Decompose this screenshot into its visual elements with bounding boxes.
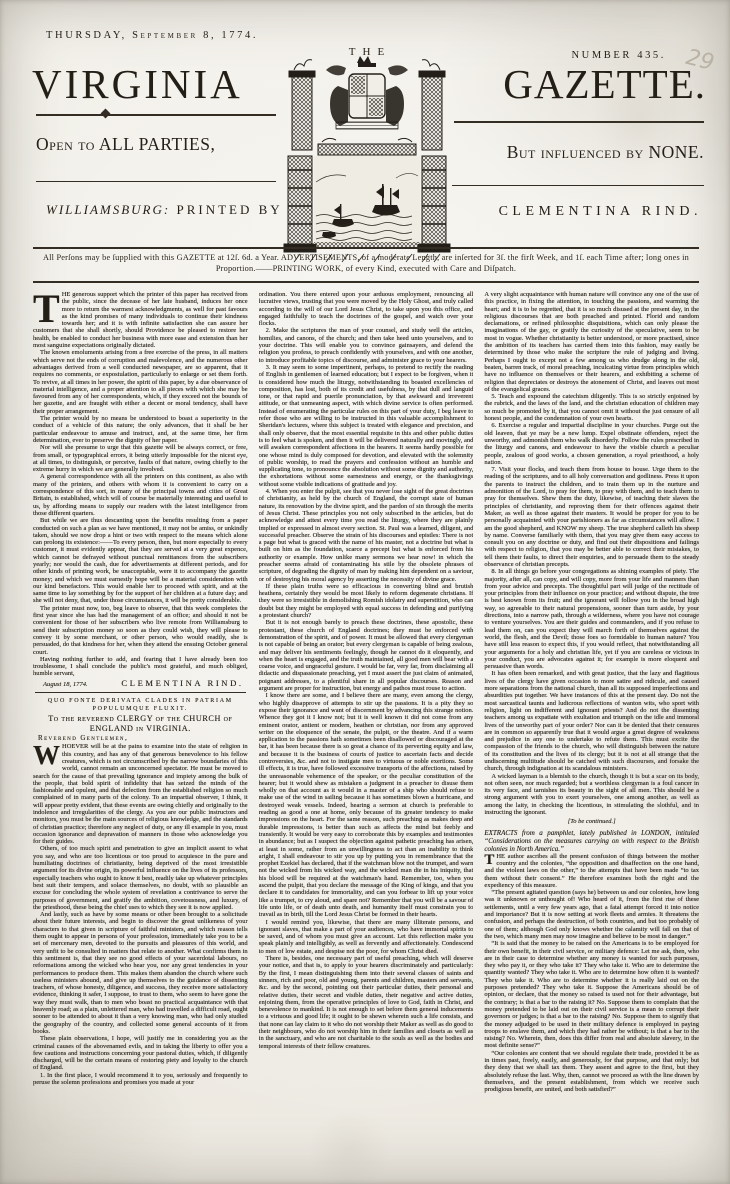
- signature-name: CLEMENTINA RIND.: [121, 680, 243, 687]
- paragraph: ordination. You there entered upon your …: [259, 291, 474, 327]
- paragraph: 5. Teach and expound the catechism dilig…: [484, 393, 699, 422]
- paragraph: 4. When you enter the pulpit, see that y…: [259, 488, 474, 583]
- imprint-printed-by: PRINTED BY: [170, 202, 282, 217]
- drop-cap: T: [484, 853, 496, 867]
- letter-heading: To the reverend CLERGY of the CHURCH of …: [33, 714, 248, 734]
- rule-under-virginia: [36, 114, 276, 116]
- newspaper-page: THURSDAY, September 8, 1774. THE NUMBER …: [0, 0, 730, 1184]
- paragraph: “It is said that the money to be raised …: [484, 940, 699, 1049]
- paragraph: These plain observations, I hope, will j…: [33, 1035, 248, 1071]
- section-rule: [35, 692, 246, 693]
- text-column-2: ordination. You there entered upon your …: [259, 291, 474, 1165]
- drop-cap: W: [33, 743, 62, 766]
- text-column-3: A very slight acquaintance with human na…: [484, 291, 699, 1165]
- paragraph: 1. In the first place, I would recommend…: [33, 1072, 248, 1087]
- paragraph: A general correspondence with all the pr…: [33, 473, 248, 517]
- paragraph: A very slight acquaintance with human na…: [484, 291, 699, 393]
- paragraph: If these plain truths were so efficaciou…: [259, 583, 474, 619]
- masthead-title-virginia: VIRGINIA: [32, 60, 282, 108]
- paragraph: The known emoluments arising from a free…: [33, 349, 248, 415]
- paragraph: But it is not enough barely to preach th…: [259, 619, 474, 692]
- paragraph: Nor will she presume to urge that this g…: [33, 444, 248, 473]
- paragraph: I would remind you, likewise, that there…: [259, 919, 474, 955]
- paragraph: The printer would by no means be underst…: [33, 415, 248, 444]
- rule-right-under-motto: [452, 185, 704, 186]
- extracts-opening: THE author ascribes all the present conf…: [484, 853, 699, 889]
- motto-right: But influenced by NONE.: [507, 142, 704, 163]
- paragraph: But while we are thus descanting upon th…: [33, 517, 248, 605]
- to-be-continued: [To be continued.]: [484, 818, 699, 825]
- paragraph: 8. In all things go before your congrega…: [484, 568, 699, 670]
- letter-opening: WHOEVER will be at the pains to examine …: [33, 743, 248, 845]
- imprint-printer-name: CLEMENTINA RIND.: [499, 204, 702, 220]
- extracts-heading: EXTRACTS from a pamphlet, lately publish…: [484, 829, 699, 853]
- paragraph: And lastly, such as have by some means o…: [33, 911, 248, 1035]
- printer-address-opening: THE generous support which the printer o…: [33, 291, 248, 349]
- paragraph: It has often been remarked, and with gre…: [484, 670, 699, 772]
- dateline: THURSDAY, September 8, 1774.: [46, 30, 258, 41]
- salutation: Reverend Gentlemen,: [33, 735, 248, 742]
- rule-left-under-motto: [36, 181, 276, 182]
- paragraph: Others, of too much spirit and penetrati…: [33, 845, 248, 911]
- subscription-terms-line: All Perſons may be ſupplied with this GA…: [40, 253, 692, 274]
- masthead-title-gazette: GAZETTE.: [450, 60, 706, 108]
- body-columns: THE generous support which the printer o…: [33, 291, 699, 1165]
- signature-date: August 18, 1774.: [43, 681, 88, 688]
- paragraph: 2. Make the scriptures the man of your c…: [259, 327, 474, 363]
- rule-below-subscription: [33, 281, 699, 283]
- paragraph: 6. Exercise a regular and impartial disc…: [484, 422, 699, 466]
- latin-epigraph: QUO FONTE DERIVATA CLADES IN PATRIAM POP…: [33, 697, 248, 713]
- rule-above-subscription: [33, 247, 699, 249]
- paragraph: The printer must now, too, beg leave to …: [33, 605, 248, 656]
- paragraph: I know there are some, and I believe the…: [259, 692, 474, 918]
- masthead-emblem: [276, 52, 458, 264]
- paragraph: “Our colonies are content that we should…: [484, 1050, 699, 1094]
- imprint-line: WILLIAMSBURG: PRINTED BY: [46, 202, 283, 218]
- rule-under-gazette: [454, 121, 704, 123]
- text-column-1: THE generous support which the printer o…: [33, 291, 248, 1165]
- paragraph: There is, besides, one necessary part of…: [259, 955, 474, 1050]
- signature: August 18, 1774.CLEMENTINA RIND.: [43, 680, 244, 688]
- paragraph: A wicked layman is a blemish to the chur…: [484, 773, 699, 817]
- paragraph: Having nothing further to add, and feari…: [33, 656, 248, 678]
- motto-left: Open to ALL PARTIES,: [36, 134, 215, 155]
- paragraph: 3. It may seem to some impertinent, perh…: [259, 364, 474, 488]
- rule-diamond-ornament: [101, 109, 111, 119]
- paragraph: “The present agitated question (says he)…: [484, 889, 699, 940]
- imprint-place: WILLIAMSBURG:: [46, 202, 170, 217]
- drop-cap: T: [33, 291, 62, 325]
- paragraph: 7. Visit your flocks, and teach them fro…: [484, 466, 699, 568]
